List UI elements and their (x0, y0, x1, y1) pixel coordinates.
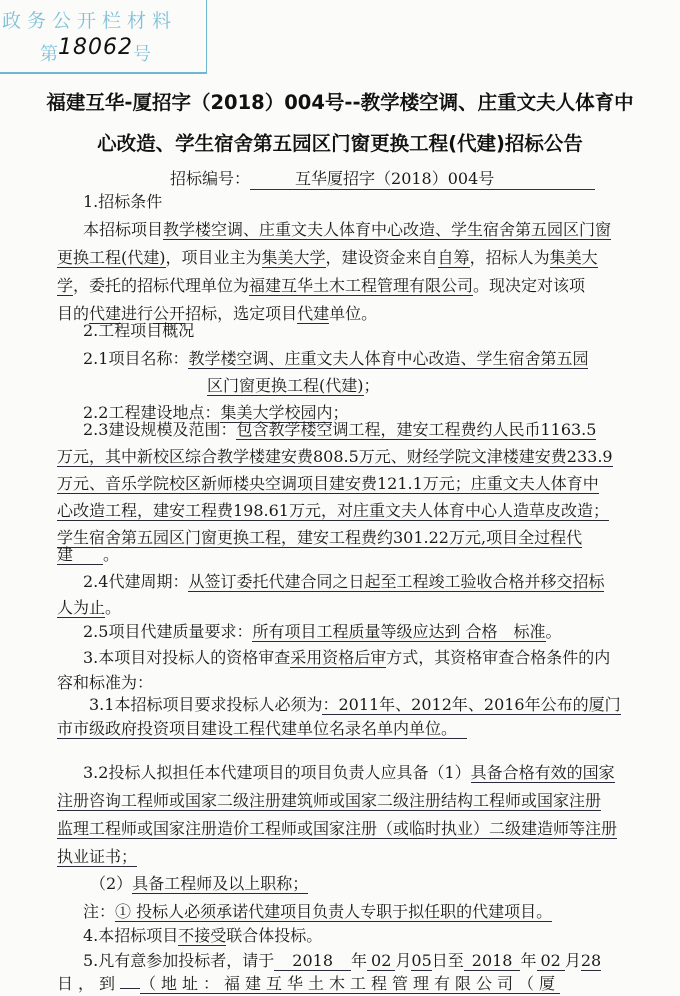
section-2-heading: 2.工程项目概况 (83, 321, 680, 341)
s2-3-line-4: 心改造工程，建安工程费198.61万元，对庄重文夫人体育中心人造草皮改造； (57, 501, 657, 521)
s5-line-2: 日，到（地址：福建互华土木工程管理有限公司（厦 (57, 974, 657, 994)
s2-4-line-2: 人为止。 (57, 598, 657, 618)
s2-1-line-1: 2.1项目名称：教学楼空调、庄重文夫人体育中心改造、学生宿舍第五园 (83, 349, 680, 369)
stamp-prefix: 第 (40, 44, 58, 65)
s3-2-line-2: 注册咨询工程师或国家二级注册建筑师或国家二级注册结构工程师或国家注册 (57, 791, 657, 811)
s2-3-line-1: 2.3建设规模及范围：包含教学楼空调工程，建安工程费约人民币1163.5 (83, 420, 680, 440)
s2-5: 2.5项目代建质量要求：所有项目工程质量等级应达到 合格 标准。 (83, 622, 680, 642)
tender-code-value: 互华厦招字（2018）004号 (250, 166, 595, 190)
s4: 4.本招标项目不接受联合体投标。 (83, 926, 680, 946)
s3-2-line-3: 监理工程师或国家注册造价工程师或国家注册（或临时执业）二级建造师等注册 (57, 819, 657, 839)
handwritten-number: 18062 (58, 35, 133, 60)
s2-1-line-2: 区门窗更换工程(代建)； (207, 376, 680, 396)
s3-2-item-2: （2）具备工程师及以上职称； (90, 874, 680, 894)
s3-2-line-4: 执业证书； (57, 847, 657, 867)
s3-line-1: 3.本项目对投标人的资格审查采用资格后审方式，其资格审查合格条件的内 (83, 648, 680, 668)
s3-2-line-1: 3.2投标人拟担任本代建项目的项目负责人应具备（1）具备合格有效的国家 (83, 763, 680, 783)
s1-line-3: 学，委托的招标代理单位为福建互华土木工程管理有限公司。现决定对该项 (57, 276, 657, 296)
tender-code: 招标编号：互华厦招字（2018）004号 (170, 166, 595, 190)
s2-3-line-2: 万元，其中新校区综合教学楼建安费808.5万元、财经学院文津楼建安费233.9 (57, 447, 657, 467)
s3-1-line-2: 市市级政府投资项目建设工程代建单位名录名单内单位。 (57, 719, 657, 739)
public-notice-stamp: 政务公开栏材料 第18062号 (0, 0, 207, 74)
s2-3-line-3: 万元、音乐学院校区新师楼央空调项目建安费121.1万元；庄重文夫人体育中 (57, 474, 657, 494)
note: 注：① 投标人必须承诺代建项目负责人专职于拟任职的代建项目。 (83, 902, 680, 922)
document-title-line-2: 心改造、学生宿舍第五园区门窗更换工程(代建)招标公告 (0, 128, 680, 156)
s2-3-line-6: 建。 (57, 545, 657, 565)
stamp-number: 第18062号 (40, 40, 151, 66)
document-title-line-1: 福建互华-厦招字（2018）004号--教学楼空调、庄重文夫人体育中 (0, 87, 680, 115)
s1-line-2: 更换工程(代建)，项目业主为集美大学，建设资金来自自筹，招标人为集美大 (57, 248, 657, 268)
s3-1-line-1: 3.1本招标项目要求投标人必须为：2011年、2012年、2016年公布的厦门 (89, 695, 680, 715)
section-1-heading: 1.招标条件 (83, 192, 680, 212)
s2-4-line-1: 2.4代建周期：从签订委托代建合同之日起至工程竣工验收合格并移交招标 (83, 572, 680, 592)
stamp-title: 政务公开栏材料 (2, 6, 177, 33)
s5-line-1: 5.凡有意参加投标者，请于2018年02月05日至2018年02月28 (83, 951, 680, 971)
tender-code-label: 招标编号： (170, 169, 250, 188)
s1-line-1: 本招标项目教学楼空调、庄重文夫人体育中心改造、学生宿舍第五园区门窗 (83, 220, 680, 240)
s3-line-2: 容和标准为： (57, 673, 657, 693)
stamp-suffix: 号 (133, 44, 151, 65)
